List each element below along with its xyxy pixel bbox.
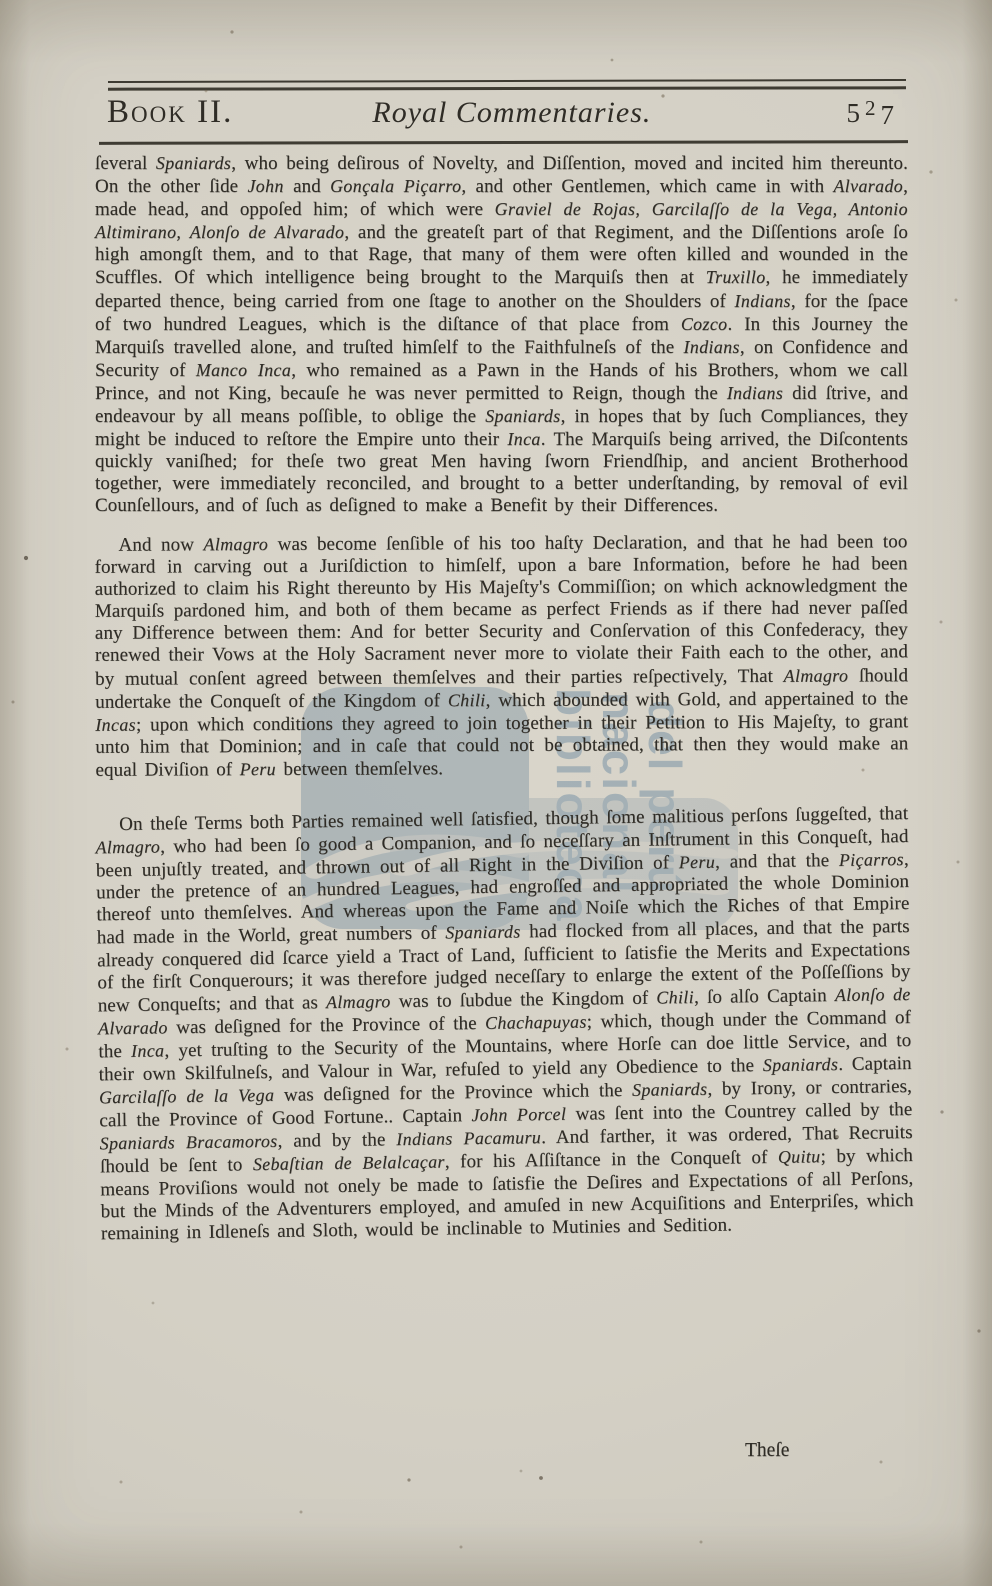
italic-proper-name: Chili xyxy=(448,689,486,709)
italic-proper-name: Almagro xyxy=(784,665,849,685)
italic-proper-name: Indians xyxy=(727,383,783,403)
italic-proper-name: Spaniards xyxy=(763,1054,839,1075)
header-bottom-rule xyxy=(99,140,908,145)
italic-proper-name: Indians Pacamuru xyxy=(396,1127,541,1149)
text-run: , which abounded with Gold, and appertai… xyxy=(486,687,909,710)
paragraph-2: And now Almagro was become ſenſible of h… xyxy=(94,530,908,782)
italic-proper-name: Spaniards Bracamoros xyxy=(100,1131,278,1153)
italic-proper-name: Almagro xyxy=(203,534,268,554)
italic-proper-name: Sebaſtian de Belalcaçar xyxy=(253,1151,445,1174)
italic-proper-name: Spaniards xyxy=(485,406,560,426)
page-number: 527 xyxy=(846,98,907,129)
text-run: was deſigned for the Province which the xyxy=(274,1080,632,1106)
text-run: . Captain xyxy=(838,1053,912,1075)
italic-proper-name: Quitu xyxy=(778,1146,821,1167)
body-text: ſeveral Spaniards, who being deſirous of… xyxy=(95,152,908,1233)
italic-proper-name: Chili xyxy=(656,986,694,1007)
running-title: Royal Commentaries. xyxy=(205,96,818,130)
text-run: , and other Gentlemen, which came in wit… xyxy=(461,176,833,197)
italic-proper-name: Almagro xyxy=(95,836,160,857)
page-number-digit: 5 xyxy=(846,98,865,128)
italic-proper-name: Garcilaſſo de la Vega xyxy=(99,1085,275,1107)
italic-proper-name: Incas xyxy=(95,714,136,734)
italic-proper-name: Truxillo xyxy=(706,267,766,287)
italic-proper-name: John xyxy=(247,176,283,196)
italic-proper-name: Peru xyxy=(240,758,276,778)
text-run: , and that the xyxy=(715,850,839,873)
text-run: was to ſubdue the Kingdom of xyxy=(391,987,657,1012)
italic-proper-name: Alvarado xyxy=(833,176,903,196)
text-run: was deſigned for the Province of the xyxy=(168,1012,486,1037)
italic-proper-name: Chachapuyas xyxy=(485,1011,587,1032)
text-run: ſeveral xyxy=(95,153,156,174)
text-run: , for his Aſſiſtance in the Conqueſt of xyxy=(445,1147,778,1173)
page-header: Book II. Royal Commentaries. 527 xyxy=(95,94,907,131)
italic-proper-name: Peru xyxy=(679,851,716,872)
italic-proper-name: Gonçala Piçarro xyxy=(330,176,461,196)
italic-proper-name: Almagro xyxy=(326,991,391,1012)
page-number-digit: 2 xyxy=(865,96,881,120)
text-run: , and by the xyxy=(277,1129,396,1152)
text-run: , ſo alſo Captain xyxy=(694,984,835,1007)
italic-proper-name: Indians xyxy=(735,291,791,311)
text-run: And now xyxy=(118,534,203,555)
italic-proper-name: Indians xyxy=(684,337,740,357)
header-top-rule-thin xyxy=(108,79,906,83)
italic-proper-name: Spaniards xyxy=(156,153,231,173)
page-number-digit: 7 xyxy=(881,100,900,130)
italic-proper-name: Manco Inca xyxy=(196,360,291,380)
paper-specks xyxy=(0,0,2,2)
text-run: and xyxy=(284,176,330,197)
header-top-rule-thick xyxy=(108,86,906,90)
paragraph-3: On theſe Terms both Parties remained wel… xyxy=(95,803,914,1245)
italic-proper-name: Spaniards xyxy=(445,921,521,942)
italic-proper-name: Spaniards xyxy=(632,1078,708,1099)
text-run: ; upon which conditions they agreed to j… xyxy=(95,710,908,780)
italic-proper-name: Inca xyxy=(507,429,540,449)
italic-proper-name: John Porcel xyxy=(471,1104,566,1125)
book-page: biblioteca nacional del perú Book II. Ro… xyxy=(0,0,992,1586)
italic-proper-name: Piçarros xyxy=(839,849,904,870)
paragraph-1: ſeveral Spaniards, who being deſirous of… xyxy=(95,152,908,518)
text-run: was ſent into the Countrey called by the xyxy=(566,1099,912,1125)
italic-proper-name: Cozco xyxy=(681,314,728,334)
text-run: between themſelves. xyxy=(276,758,443,780)
catchword: Theſe xyxy=(745,1440,789,1462)
italic-proper-name: Inca xyxy=(131,1040,165,1060)
